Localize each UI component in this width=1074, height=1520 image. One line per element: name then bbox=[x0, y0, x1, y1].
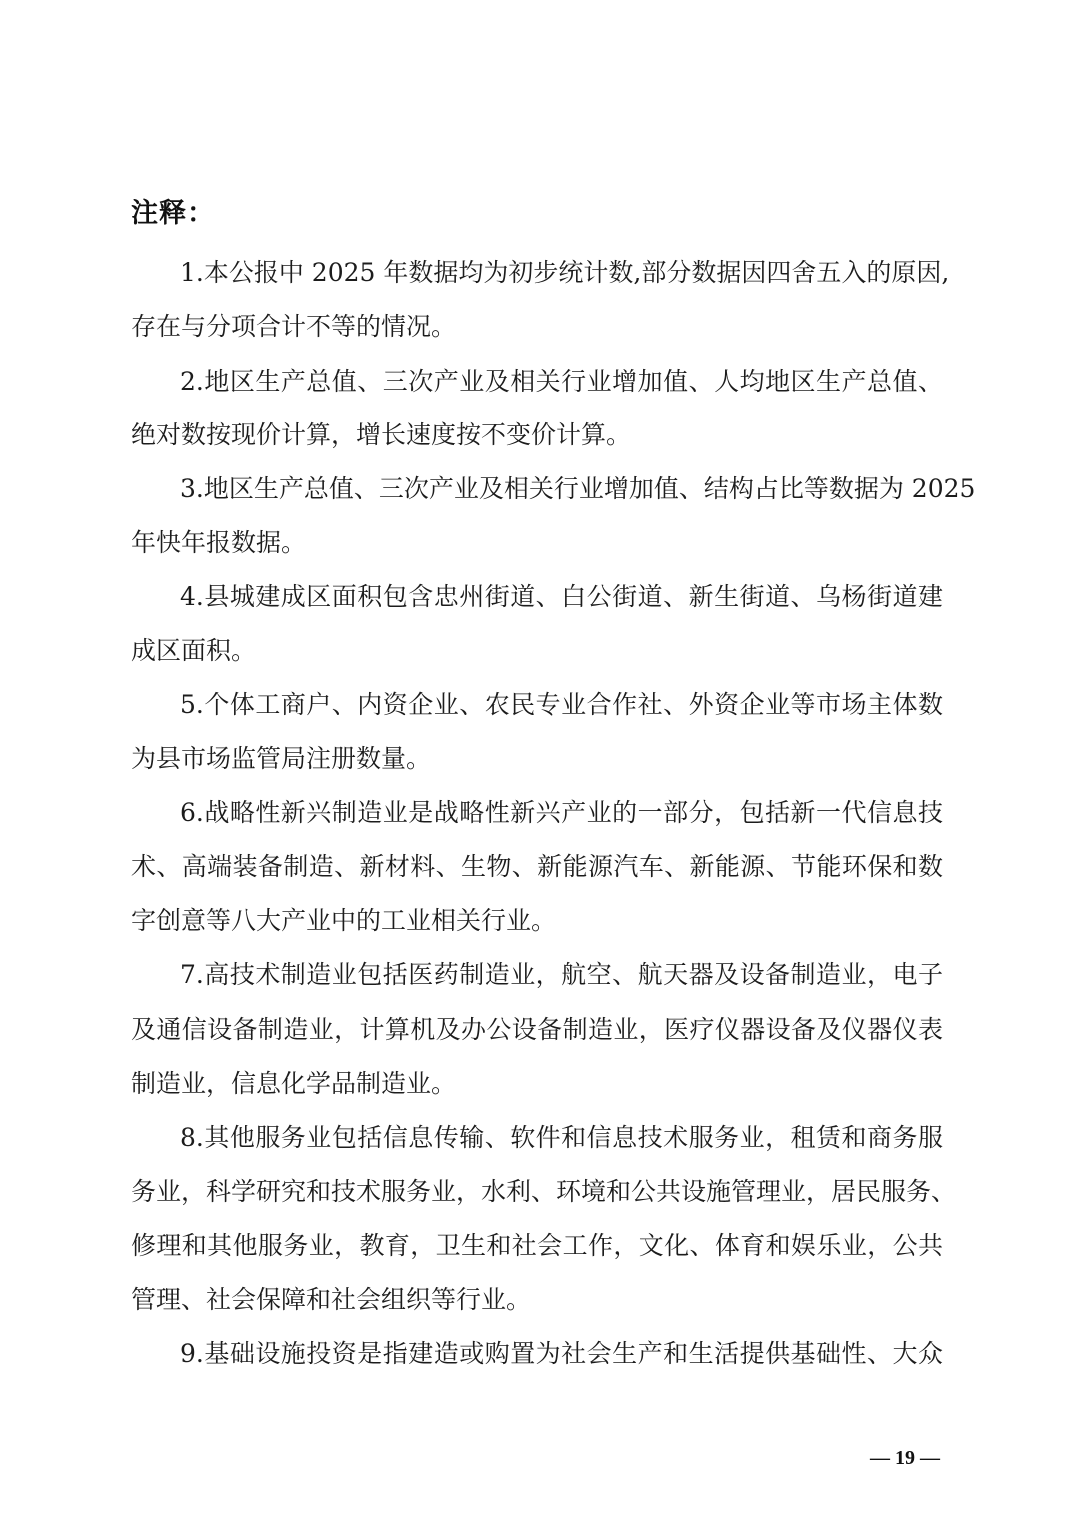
note-line: 1.本公报中 2025 年数据均为初步统计数,部分数据因四舍五入的原因, bbox=[180, 256, 943, 290]
note-line: 成区面积。 bbox=[131, 634, 943, 668]
note-line: 3.地区生产总值、三次产业及相关行业增加值、结构占比等数据为 2025 bbox=[180, 472, 943, 506]
note-line: 字创意等八大产业中的工业相关行业。 bbox=[131, 904, 943, 938]
note-line: 6.战略性新兴制造业是战略性新兴产业的一部分，包括新一代信息技 bbox=[180, 796, 943, 830]
note-line: 为县市场监管局注册数量。 bbox=[131, 742, 943, 776]
page-number: — 19 — bbox=[870, 1446, 940, 1470]
note-line: 管理、社会保障和社会组织等行业。 bbox=[131, 1283, 943, 1317]
note-line: 制造业，信息化学品制造业。 bbox=[131, 1067, 943, 1101]
note-line: 5.个体工商户、内资企业、农民专业合作社、外资企业等市场主体数 bbox=[180, 688, 943, 722]
note-line: 2.地区生产总值、三次产业及相关行业增加值、人均地区生产总值、 bbox=[180, 365, 943, 399]
note-line: 务业，科学研究和技术服务业，水利、环境和公共设施管理业，居民服务、 bbox=[131, 1175, 943, 1209]
note-line: 绝对数按现价计算，增长速度按不变价计算。 bbox=[131, 418, 943, 452]
notes-heading: 注释： bbox=[131, 196, 215, 232]
note-line: 9.基础设施投资是指建造或购置为社会生产和生活提供基础性、大众 bbox=[180, 1337, 943, 1371]
note-line: 7.高技术制造业包括医药制造业，航空、航天器及设备制造业，电子 bbox=[180, 958, 943, 992]
note-line: 及通信设备制造业，计算机及办公设备制造业，医疗仪器设备及仪器仪表 bbox=[131, 1013, 943, 1047]
note-line: 年快年报数据。 bbox=[131, 526, 943, 560]
document-page: 注释： 1.本公报中 2025 年数据均为初步统计数,部分数据因四舍五入的原因,… bbox=[0, 0, 1074, 1520]
note-line: 修理和其他服务业，教育，卫生和社会工作，文化、体育和娱乐业，公共 bbox=[131, 1229, 943, 1263]
note-line: 8.其他服务业包括信息传输、软件和信息技术服务业，租赁和商务服 bbox=[180, 1121, 943, 1155]
note-line: 4.县城建成区面积包含忠州街道、白公街道、新生街道、乌杨街道建 bbox=[180, 580, 943, 614]
note-line: 存在与分项合计不等的情况。 bbox=[131, 310, 943, 344]
note-line: 术、高端装备制造、新材料、生物、新能源汽车、新能源、节能环保和数 bbox=[131, 850, 943, 884]
